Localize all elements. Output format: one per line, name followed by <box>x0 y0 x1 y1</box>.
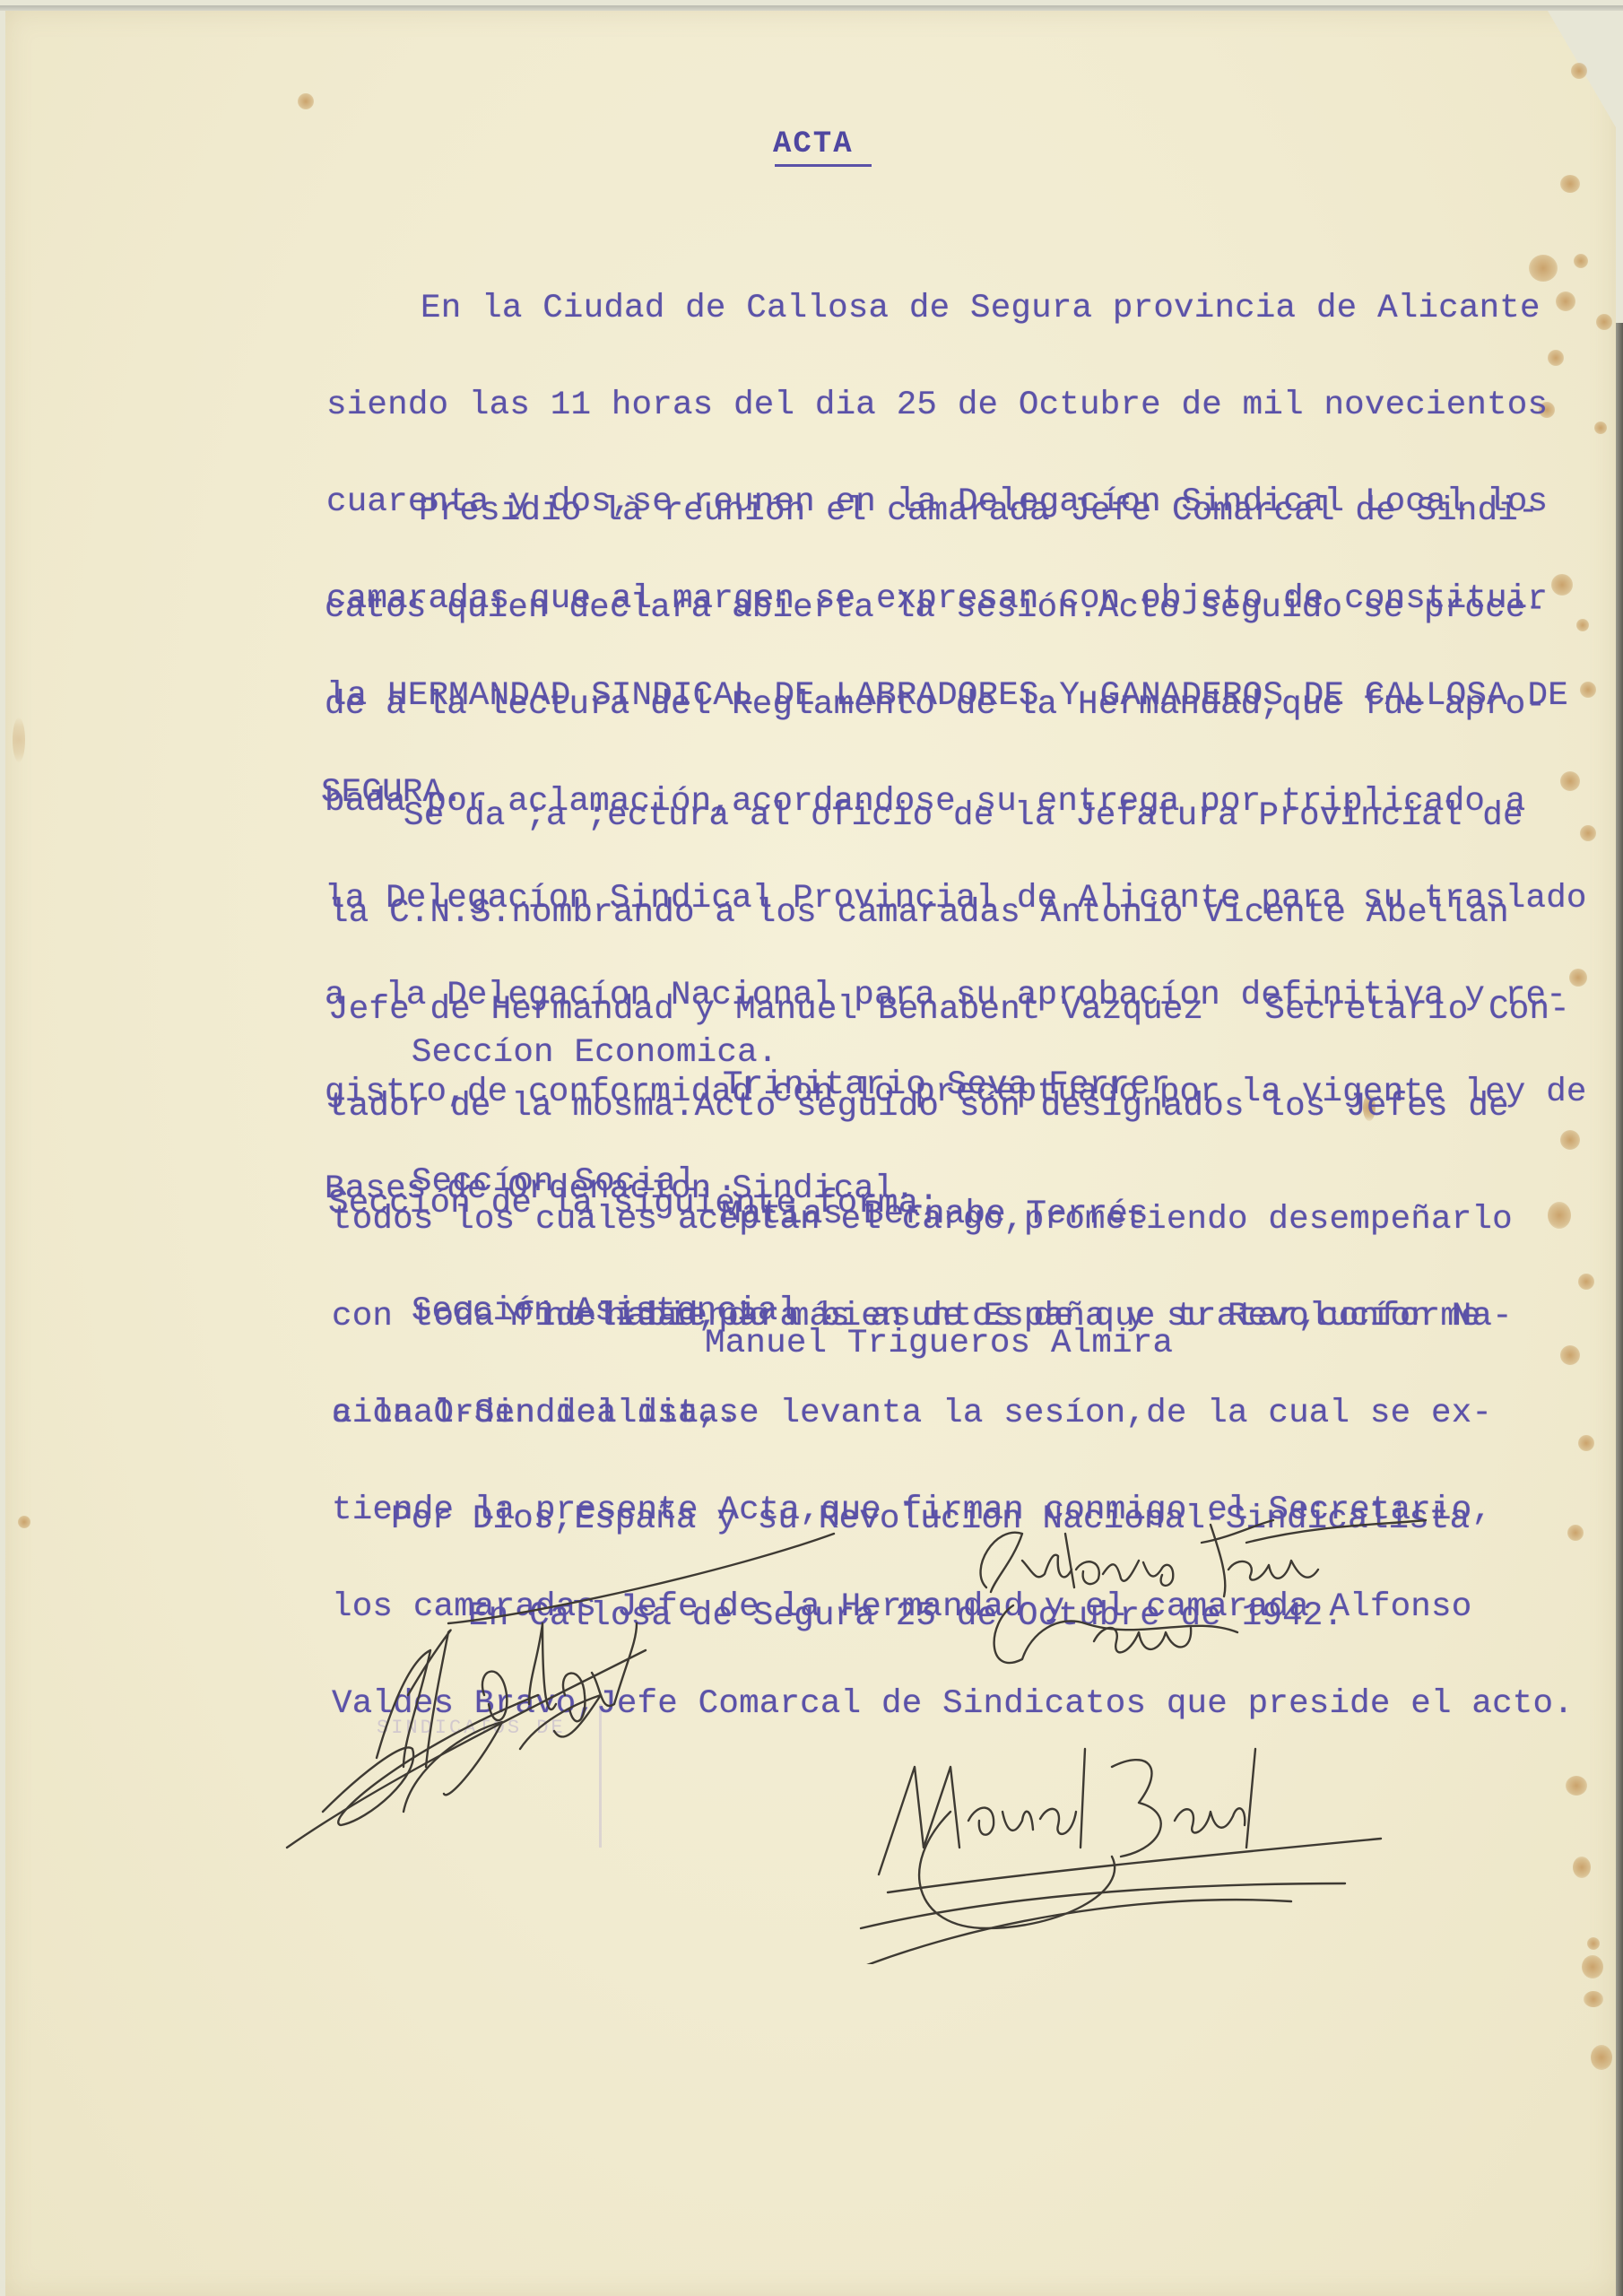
text-line: En la Ciudad de Callosa de Segura provin… <box>326 292 1568 325</box>
text-line: Presidio là reunión el camarada Jefe Com… <box>325 495 1587 527</box>
text-line: siendo las 11 horas del dia 25 de Octubr… <box>326 389 1568 422</box>
text-line: todos los cuales aceptan el cargo,promet… <box>332 1204 1513 1236</box>
text-line: Y no habiendo más asuntos de que tratar,… <box>332 1300 1574 1333</box>
text-line: la C.N.S.nombrando a los camaradas Anton… <box>328 897 1570 929</box>
signature-antonio-vicente: Antonio Vicente <box>959 1507 1444 1686</box>
scanner-top-edge <box>0 5 1623 11</box>
section-member: Trinitario Seva Ferrer <box>723 1069 1170 1101</box>
text-line: catos quien declara abierta la sesión.Ac… <box>325 592 1587 624</box>
document-title: ACTA <box>773 129 854 160</box>
paper-right-edge <box>1616 323 1623 2296</box>
title-underline <box>775 164 872 167</box>
text-line: Se da ;a ;ectura al oficio de la Jefatur… <box>328 800 1570 832</box>
section-row-economica: Seccíon Economica. Trinitario Seva Ferre… <box>330 1004 839 1069</box>
text-line: a la Orden del dia,se levanta la sesíon,… <box>332 1397 1574 1430</box>
signature-valdes: A. Valdés <box>269 1516 861 1857</box>
signature-manuel-benabent: Manuel Benabent <box>789 1713 1453 1964</box>
text-line: de a la lectura del Reglamento de la Her… <box>325 689 1587 721</box>
